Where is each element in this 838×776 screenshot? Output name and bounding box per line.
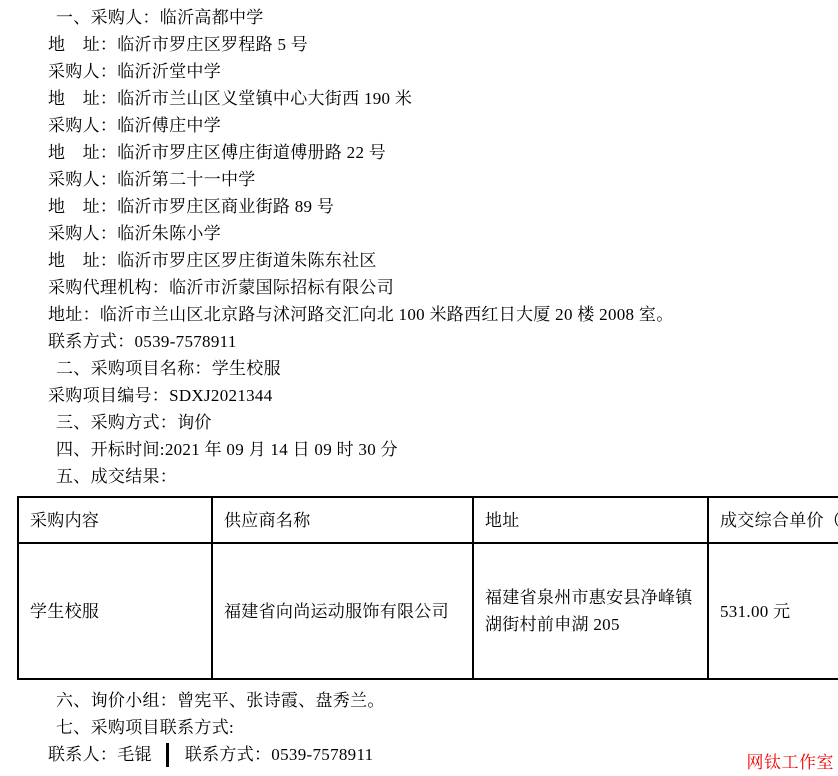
header-purchase-content: 采购内容 xyxy=(18,497,212,543)
header-unit-price: 成交综合单价（元） xyxy=(708,497,838,543)
agency-address-line: 地址：临沂市兰山区北京路与沭河路交汇向北 100 米路西红日大厦 20 楼 20… xyxy=(48,301,838,328)
result-heading-line: 五、成交结果： xyxy=(48,463,838,490)
result-table: 采购内容 供应商名称 地址 成交综合单价（元） 学生校服 福建省向尚运动服饰有限… xyxy=(17,496,838,680)
procurement-method-line: 三、采购方式：询价 xyxy=(48,409,838,436)
purchaser-2-address-line: 地 址：临沂市兰山区义堂镇中心大街西 190 米 xyxy=(48,85,838,112)
document-footer: 六、询价小组：曾宪平、张诗霞、盘秀兰。 七、采购项目联系方式: 联系人：毛锟 联… xyxy=(0,684,838,768)
header-address: 地址 xyxy=(473,497,708,543)
project-number-line: 采购项目编号：SDXJ2021344 xyxy=(48,382,838,409)
purchaser-5-line: 采购人：临沂朱陈小学 xyxy=(48,220,838,247)
contact-person: 联系人：毛锟 xyxy=(48,741,152,768)
document-page: 一、采购人：临沂高都中学 地 址：临沂市罗庄区罗程路 5 号 采购人：临沂沂堂中… xyxy=(0,0,838,776)
agency-phone-line: 联系方式：0539-7578911 xyxy=(48,328,838,355)
contact-line: 联系人：毛锟 联系方式：0539-7578911 xyxy=(48,741,838,768)
purchaser-3-address-line: 地 址：临沂市罗庄区傅庄街道傅册路 22 号 xyxy=(48,139,838,166)
project-contact-heading-line: 七、采购项目联系方式: xyxy=(48,714,838,741)
header-supplier-name: 供应商名称 xyxy=(212,497,473,543)
purchaser-3-line: 采购人：临沂傅庄中学 xyxy=(48,112,838,139)
purchaser-1-address-line: 地 址：临沂市罗庄区罗程路 5 号 xyxy=(48,31,838,58)
purchaser-2-line: 采购人：临沂沂堂中学 xyxy=(48,58,838,85)
purchaser-5-address-line: 地 址：临沂市罗庄区罗庄街道朱陈东社区 xyxy=(48,247,838,274)
result-table-header-row: 采购内容 供应商名称 地址 成交综合单价（元） xyxy=(18,497,838,543)
document-body: 一、采购人：临沂高都中学 地 址：临沂市罗庄区罗程路 5 号 采购人：临沂沂堂中… xyxy=(0,0,838,490)
watermark-text: 网钛工作室 xyxy=(747,748,835,773)
purchaser-4-address-line: 地 址：临沂市罗庄区商业街路 89 号 xyxy=(48,193,838,220)
purchaser-4-line: 采购人：临沂第二十一中学 xyxy=(48,166,838,193)
cell-unit-price: 531.00 元 xyxy=(708,543,838,679)
result-table-row: 学生校服 福建省向尚运动服饰有限公司 福建省泉州市惠安县净峰镇湖街村前申湖 20… xyxy=(18,543,838,679)
bid-opening-time-line: 四、开标时间:2021 年 09 月 14 日 09 时 30 分 xyxy=(48,436,838,463)
cell-supplier-name: 福建省向尚运动服饰有限公司 xyxy=(212,543,473,679)
vertical-divider xyxy=(166,743,169,767)
inquiry-group-line: 六、询价小组：曾宪平、张诗霞、盘秀兰。 xyxy=(48,687,838,714)
agency-line: 采购代理机构：临沂市沂蒙国际招标有限公司 xyxy=(48,274,838,301)
cell-purchase-content: 学生校服 xyxy=(18,543,212,679)
cell-supplier-address: 福建省泉州市惠安县净峰镇湖街村前申湖 205 xyxy=(473,543,708,679)
purchaser-1-line: 一、采购人：临沂高都中学 xyxy=(48,4,838,31)
contact-method: 联系方式：0539-7578911 xyxy=(185,741,374,768)
project-name-line: 二、采购项目名称：学生校服 xyxy=(48,355,838,382)
